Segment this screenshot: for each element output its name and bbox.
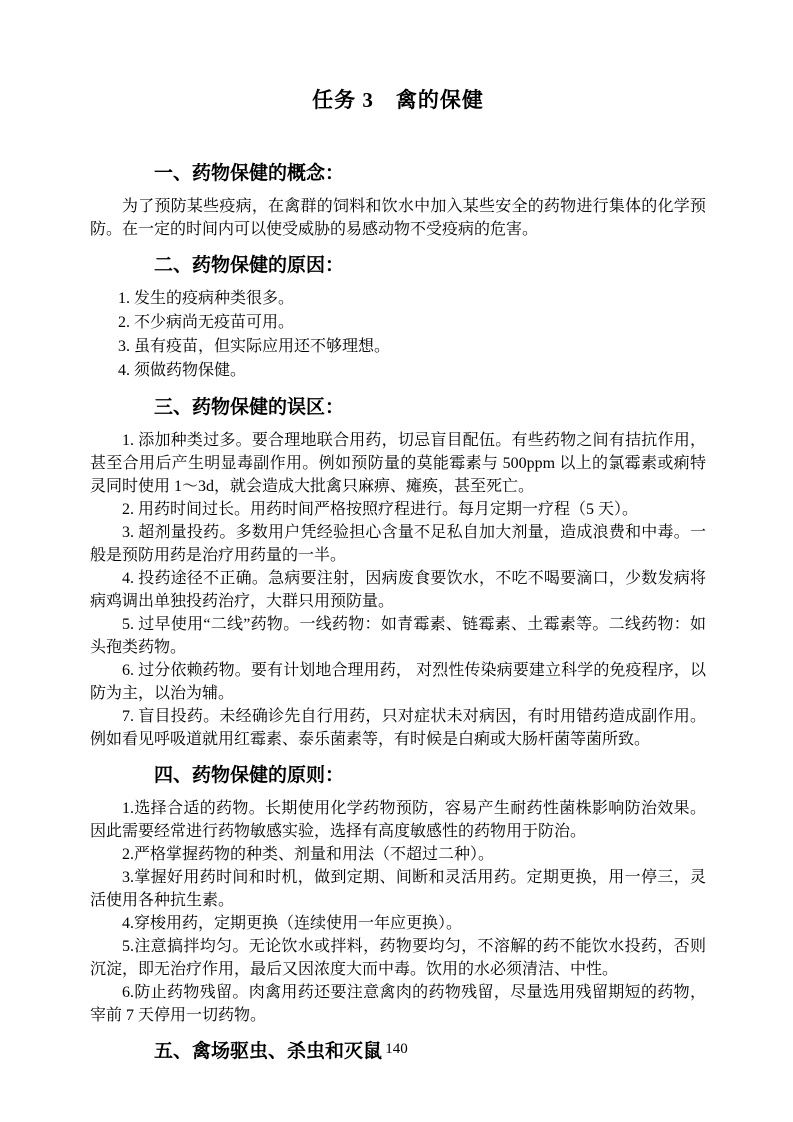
paragraph: 5. 过早使用“二线”药物。一线药物：如青霉素、链霉素、土霉素等。二线药物：如头… [90, 613, 706, 659]
list-item: 1. 发生的疫病种类很多。 [118, 287, 706, 311]
list-item: 2. 不少病尚无疫苗可用。 [118, 311, 706, 335]
paragraph: 3. 超剂量投药。多数用户凭经验担心含量不足私自加大剂量，造成浪费和中毒。一般是… [90, 521, 706, 567]
list-item: 3. 虽有疫苗，但实际应用还不够理想。 [118, 335, 706, 359]
section-heading-1: 一、药物保健的概念： [154, 162, 706, 186]
document-title: 任务 3 禽的保健 [90, 88, 706, 113]
list-item: 4. 须做药物保健。 [118, 359, 706, 383]
paragraph: 7. 盲目投药。未经确诊先自行用药，只对症状未对病因，有时用错药造成副作用。例如… [90, 705, 706, 751]
paragraph: 2.严格掌握药物的种类、剂量和用法（不超过二种）。 [90, 843, 706, 866]
section-heading-2: 二、药物保健的原因： [154, 254, 706, 278]
section-heading-3: 三、药物保健的误区： [154, 396, 706, 420]
paragraph: 1.选择合适的药物。长期使用化学药物预防，容易产生耐药性菌株影响防治效果。因此需… [90, 797, 706, 843]
paragraph: 5.注意搞拌均匀。无论饮水或拌料，药物要均匀，不溶解的药不能饮水投药，否则沉淀，… [90, 935, 706, 981]
paragraph: 3.掌握好用药时间和时机，做到定期、间断和灵活用药。定期更换，用一停三，灵活使用… [90, 866, 706, 912]
document-content: 任务 3 禽的保健 一、药物保健的概念： 为了预防某些疫病，在禽群的饲料和饮水中… [90, 0, 706, 1073]
paragraph: 6. 过分依赖药物。要有计划地合理用药， 对烈性传染病要建立科学的免疫程序，以防… [90, 659, 706, 705]
paragraph: 4.穿梭用药，定期更换（连续使用一年应更换）。 [90, 912, 706, 935]
section-heading-4: 四、药物保健的原则： [154, 764, 706, 788]
paragraph: 2. 用药时间过长。用药时间严格按照疗程进行。每月定期一疗程（5 天）。 [90, 498, 706, 521]
paragraph: 为了预防某些疫病，在禽群的饲料和饮水中加入某些安全的药物进行集体的化学预防。在一… [90, 195, 706, 241]
page-number: 140 [0, 1040, 793, 1058]
reason-list: 1. 发生的疫病种类很多。 2. 不少病尚无疫苗可用。 3. 虽有疫苗，但实际应… [90, 287, 706, 383]
paragraph: 4. 投药途径不正确。急病要注射，因病废食要饮水，不吃不喝要滴口，少数发病将病鸡… [90, 567, 706, 613]
paragraph: 6.防止药物残留。肉禽用药还要注意禽肉的药物残留，尽量选用残留期短的药物，宰前 … [90, 981, 706, 1027]
document-page: 任务 3 禽的保健 一、药物保健的概念： 为了预防某些疫病，在禽群的饲料和饮水中… [0, 0, 793, 1122]
paragraph: 1. 添加种类过多。要合理地联合用药，切忌盲目配伍。有些药物之间有拮抗作用，甚至… [90, 429, 706, 498]
